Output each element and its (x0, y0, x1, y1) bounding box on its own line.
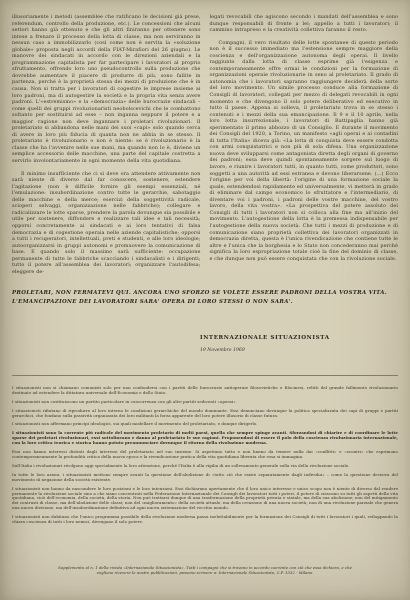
slogan-line-1: PROLETARI, NON FERMATEVI QUI. ANCORA UNO… (12, 289, 398, 298)
statement-item-emphasized: I situazionisti sono la corrente più rad… (12, 431, 398, 446)
right-column-paragraph-2: Compagni, il vero risultato delle lotte … (210, 40, 399, 263)
two-column-text-block: illusoriamente i metodi (assemblee che r… (12, 14, 398, 275)
statement-item: I situazionisti non hanno da nascondere … (12, 487, 398, 512)
statements-list: I situazionisti non si chiamano comunist… (12, 386, 398, 525)
slogan-line-2: L'EMANCIPAZIONE DEI LAVORATORI SARA' OPE… (12, 298, 398, 307)
statement-item: I situazionisti non costituiscono un par… (12, 400, 398, 405)
signature-block: INTERNAZIONALE SITUAZIONISTA 19 Novembre… (200, 335, 398, 353)
slogan-block: PROLETARI, NON FERMATEVI QUI. ANCORA UNO… (12, 289, 398, 307)
statement-item: I situazionisti non si chiamano comunist… (12, 386, 398, 396)
statement-item: I situazionisti non dubitano che l'unico… (12, 515, 398, 525)
right-column: legati revocabili che agiscono secondo i… (210, 14, 399, 262)
statement-item: I situazionisti non affermano principi i… (12, 422, 398, 427)
statement-item: I situazionisti rifiutano di riprodurre … (12, 409, 398, 419)
statement-item: Essi non hanno interessi distinti dagli … (12, 450, 398, 460)
left-column: illusoriamente i metodi (assemblee che r… (12, 14, 201, 275)
right-column-paragraph-1: legati revocabili che agiscono secondo i… (210, 14, 399, 34)
divider-rule (12, 375, 398, 376)
left-column-paragraph-1: illusoriamente i metodi (assemblee che r… (12, 14, 201, 165)
statement-item: Sull'Italia i rivoluzionari rivolgono og… (12, 464, 398, 469)
statement-item: In tutte le loro azioni, i situazionisti… (12, 473, 398, 483)
signature-date: 19 Novembre 1969 (200, 348, 398, 353)
document-page: illusoriamente i metodi (assemblee che r… (0, 0, 410, 600)
colophon: Supplemento al n. 1 della rivista «Inter… (53, 565, 358, 575)
left-column-paragraph-2: Il minimo insufficiente che ci si deve o… (12, 171, 201, 276)
signature-name: INTERNAZIONALE SITUAZIONISTA (200, 335, 398, 341)
